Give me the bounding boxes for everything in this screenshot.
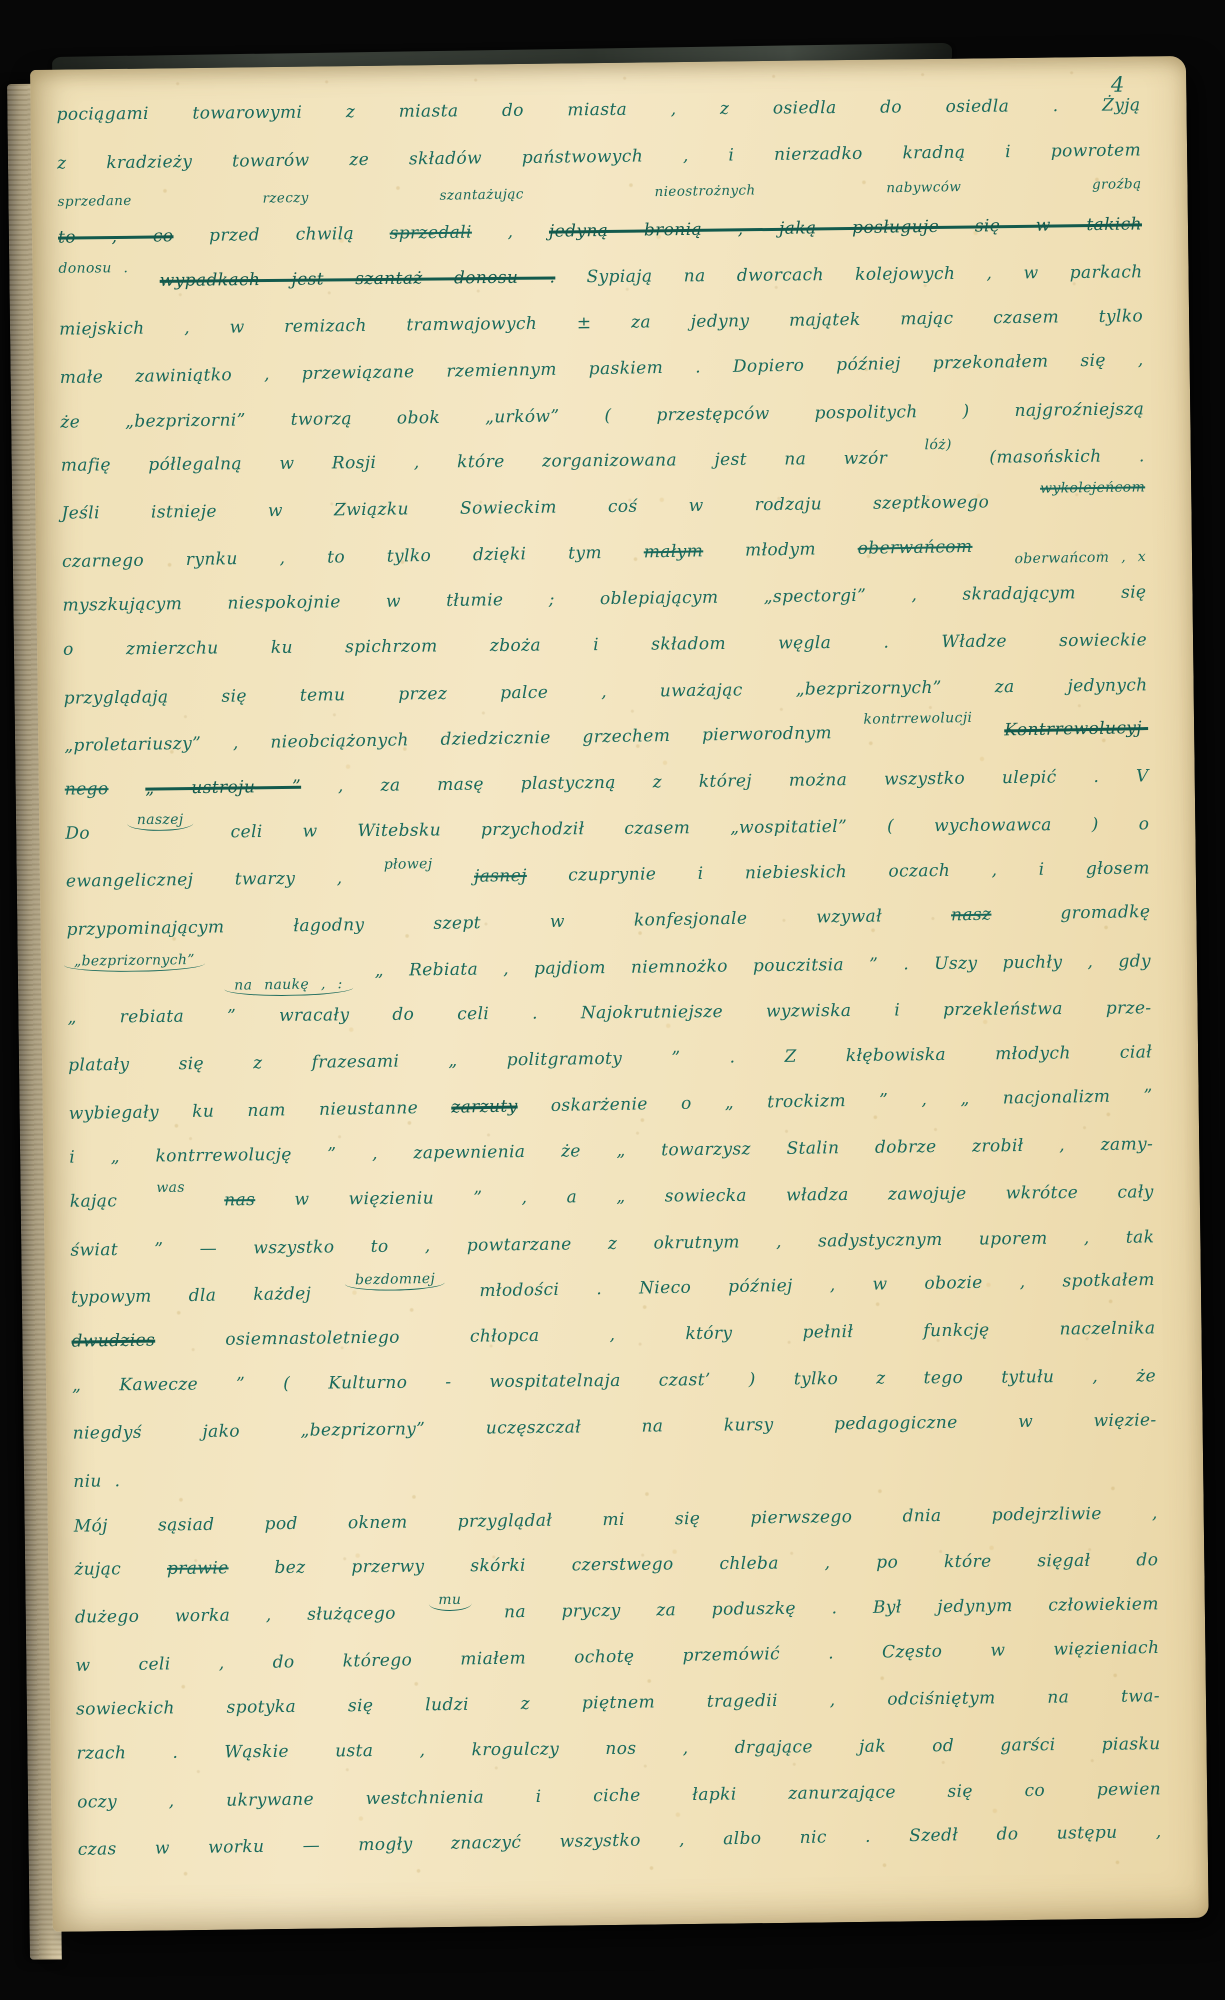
handwriting-segment: kontrrewolucji bbox=[863, 712, 972, 728]
handwriting-segment: przypominającym łagodny szept w konfesjo… bbox=[66, 906, 882, 940]
handwriting-segment: dwudzies bbox=[71, 1331, 155, 1352]
handwriting-segment: nasz bbox=[951, 905, 992, 926]
handwriting-segment: Do bbox=[65, 824, 90, 844]
handwriting-segment: wykolejeńcom bbox=[1040, 481, 1145, 496]
manuscript-lines: pociągami towarowymi z miasta do miasta … bbox=[56, 80, 1162, 1870]
handwriting-segment: bez przerwy skórki czerstwego chleba , p… bbox=[274, 1550, 1158, 1578]
handwriting-segment: ewangelicznej twarzy , bbox=[66, 868, 343, 891]
manuscript-line: żując prawie bez przerwy skórki czerstwe… bbox=[74, 1537, 1158, 1592]
handwriting-segment: świat ” — wszystko to , powtarzane z okr… bbox=[70, 1227, 1154, 1260]
handwriting-segment: niu . bbox=[73, 1471, 120, 1492]
handwriting-segment: „ rebiata ” wracały do celi . Najokrutni… bbox=[67, 998, 1151, 1027]
handwriting-segment: lóż) bbox=[925, 439, 952, 453]
handwriting-segment: sowieckich spotyka się ludzi z piętnem t… bbox=[76, 1686, 1160, 1719]
handwriting-segment: przed chwilą bbox=[209, 224, 354, 246]
handwriting-segment: przyglądają się temu przez palce , uważa… bbox=[64, 675, 1148, 708]
handwriting-segment: , za masę plastyczną z której można wszy… bbox=[338, 766, 1149, 796]
handwriting-segment: miejskich , w remizach tramwajowych ± za… bbox=[59, 306, 1143, 339]
handwriting-segment: oczy , ukrywane westchnienia i ciche łap… bbox=[77, 1779, 1161, 1812]
handwriting-segment: młodości . Nieco później , w obozie , sp… bbox=[479, 1270, 1155, 1301]
handwriting-segment: czas w worku — mogły znaczyć wszystko , … bbox=[78, 1822, 1162, 1860]
handwriting-segment: dużego worka , służącego bbox=[75, 1604, 396, 1628]
manuscript-line: donosu . wypadkach jest szantaż donosu .… bbox=[58, 249, 1142, 304]
handwriting-segment: na pryczy za poduszkę . Był jedynym czło… bbox=[504, 1594, 1159, 1622]
handwriting-segment: naszej bbox=[130, 814, 191, 829]
handwriting-segment: „proletariuszy” , nieobciążonych dziedzi… bbox=[64, 723, 832, 756]
handwriting-segment: że „bezprizorni” tworzą obok „urków” ( p… bbox=[60, 399, 1144, 432]
handwriting-segment: nas bbox=[224, 1190, 255, 1210]
handwriting-segment: zarzuty bbox=[451, 1097, 518, 1118]
handwriting-segment: Sypiają na dworcach kolejowych , w parka… bbox=[586, 262, 1142, 287]
handwriting-segment: celi w Witebsku przychodził czasem „wosp… bbox=[231, 814, 1150, 842]
handwriting-segment: młodym bbox=[745, 540, 816, 561]
manuscript-line: „ rebiata ” wracały do celi . Najokrutni… bbox=[67, 985, 1151, 1040]
handwriting-segment: w celi , do którego miałem ochotę przemó… bbox=[75, 1638, 1159, 1676]
manuscript-line: mafię półlegalną w Rosji , które zorgani… bbox=[61, 433, 1145, 488]
handwriting-segment: o zmierzchu ku spichrzom zboża i składom… bbox=[63, 630, 1147, 659]
handwriting-segment: , bbox=[507, 222, 513, 242]
handwriting-segment: niegdyś jako „bezprizorny” uczęszczał na… bbox=[73, 1410, 1157, 1443]
handwriting-segment: oskarżenie o „ trockizm ” , „ nacjonaliz… bbox=[551, 1086, 1153, 1116]
handwriting-segment: oberwańcom bbox=[858, 537, 973, 559]
manuscript-line: Do naszej celi w Witebsku przychodził cz… bbox=[65, 801, 1149, 856]
handwriting-segment: osiemnastoletniego chłopca , który pełni… bbox=[225, 1318, 1155, 1349]
handwriting-segment: myszkującym niespokojnie w tłumie ; oble… bbox=[62, 582, 1146, 615]
handwriting-segment: małym bbox=[644, 541, 704, 562]
handwriting-segment: platały się z frazesami „ politgramoty ”… bbox=[68, 1042, 1152, 1075]
handwriting-segment: prawie bbox=[167, 1558, 229, 1579]
handwriting-segment: z kradzieży towarów ze składów państwowy… bbox=[57, 140, 1141, 173]
handwriting-segment: jedyną bronią , jaką posługuje się w tak… bbox=[549, 214, 1142, 241]
handwriting-segment: nego bbox=[65, 779, 109, 800]
handwriting-segment: sprzedane bbox=[57, 193, 131, 210]
handwriting-segment: w więzieniu ” , a „ sowiecka władza zawo… bbox=[294, 1182, 1153, 1209]
handwriting-segment: „ ustroju ” bbox=[145, 777, 301, 799]
handwriting-segment: gromadkę bbox=[1060, 902, 1150, 923]
handwriting-segment: szantażując nieostrożnych nabywców groźb… bbox=[439, 176, 1141, 204]
handwriting-segment: czarnego rynku , to tylko dzięki tym bbox=[62, 543, 602, 572]
handwriting-segment: czuprynie i niebieskich oczach , i głose… bbox=[568, 858, 1150, 885]
handwriting-segment: oberwańcom , x bbox=[1014, 551, 1146, 567]
handwriting-segment: (masońskich . bbox=[989, 446, 1145, 467]
handwriting-segment: jasnej bbox=[474, 866, 527, 887]
handwriting-segment: sprzedali bbox=[390, 223, 472, 244]
handwriting-segment: „bezprizornych” bbox=[67, 954, 202, 971]
handwriting-segment: bezdomnej bbox=[348, 1273, 442, 1289]
handwriting-segment: mu bbox=[431, 1594, 468, 1609]
handwriting-segment: płowej bbox=[384, 858, 433, 873]
handwriting-segment: i „ kontrrewolucję ” , zapewnienia że „ … bbox=[69, 1134, 1153, 1167]
handwriting-segment: małe zawiniątko , przewiązane rzemiennym… bbox=[60, 350, 1144, 388]
handwriting-segment: Jeśli istnieje w Związku Sowieckim coś w… bbox=[61, 492, 989, 523]
handwriting-segment: „ Kawecze ” ( Kulturno - wospitatelnaja … bbox=[72, 1366, 1156, 1395]
handwriting-segment: „ Rebiata , pajdiom niemnożko pouczitsia… bbox=[375, 951, 1152, 980]
handwriting-segment: Kontrrewolucyj- bbox=[1004, 718, 1148, 740]
handwriting-segment: to , co bbox=[58, 226, 174, 247]
manuscript-page: 4 pociągami towarowymi z miasta do miast… bbox=[30, 56, 1209, 1932]
handwriting-segment: rzeczy bbox=[262, 190, 309, 207]
handwriting-segment: wybiegały ku nam nieustanne bbox=[69, 1098, 419, 1124]
handwriting-segment: rzach . Wąskie usta , krogulczy nos , dr… bbox=[76, 1734, 1160, 1763]
handwriting-segment: kając bbox=[70, 1191, 118, 1211]
handwriting-segment: żując bbox=[74, 1559, 121, 1579]
handwriting-segment: pociągami towarowymi z miasta do miasta … bbox=[56, 95, 1140, 124]
handwriting-segment: mafię półlegalną w Rosji , które zorgani… bbox=[61, 449, 888, 476]
handwriting-segment: wypadkach jest szantaż donosu . bbox=[160, 267, 556, 290]
manuscript-line: „ Kawecze ” ( Kulturno - wospitatelnaja … bbox=[72, 1353, 1156, 1408]
handwriting-segment: typowym dla każdej bbox=[71, 1284, 312, 1308]
handwriting-segment: donosu . bbox=[58, 262, 128, 277]
handwriting-segment: Mój sąsiad pod oknem przyglądał mi się p… bbox=[74, 1503, 1158, 1536]
book-photo: 4 pociągami towarowymi z miasta do miast… bbox=[0, 0, 1225, 2000]
handwriting-segment: was bbox=[156, 1182, 185, 1196]
